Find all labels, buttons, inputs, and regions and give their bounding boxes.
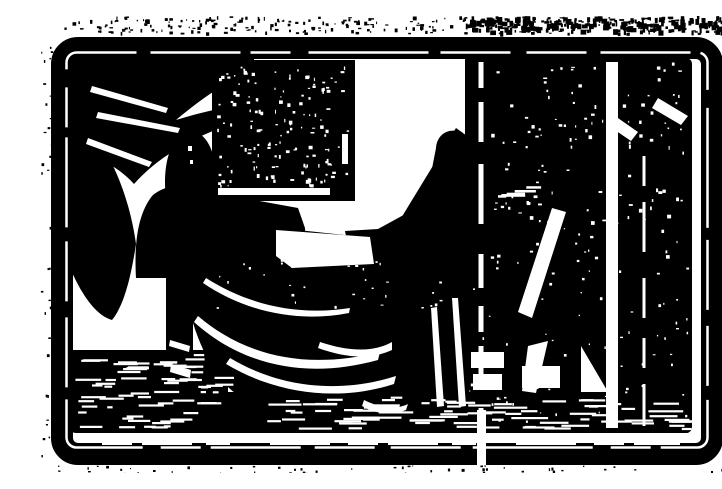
- speck: [498, 28, 500, 31]
- speck: [669, 21, 672, 23]
- speck: [376, 261, 378, 263]
- speck: [643, 219, 646, 220]
- speck: [78, 21, 80, 24]
- hatch-dash: [118, 371, 141, 373]
- speck: [223, 123, 225, 125]
- speck: [571, 146, 573, 149]
- hatch-dash: [349, 427, 362, 429]
- speck: [348, 266, 350, 267]
- speck: [719, 17, 721, 22]
- speck: [564, 24, 566, 27]
- hatch-dash: [607, 414, 615, 416]
- speck: [275, 144, 277, 145]
- speck: [497, 261, 499, 264]
- speck: [678, 70, 682, 71]
- speck: [469, 391, 470, 392]
- speck: [442, 29, 444, 31]
- speck: [344, 67, 345, 70]
- speck: [294, 469, 296, 471]
- speck: [247, 101, 251, 104]
- speck: [410, 21, 413, 22]
- speck: [682, 152, 684, 155]
- speck: [628, 95, 629, 97]
- speck: [485, 465, 486, 466]
- speck: [540, 135, 542, 136]
- speck: [628, 21, 630, 25]
- speck: [483, 337, 485, 340]
- speck: [49, 300, 51, 301]
- speck: [372, 25, 374, 28]
- speck: [245, 148, 247, 152]
- speck: [219, 276, 220, 278]
- hatch-dash: [267, 420, 281, 422]
- chair-rung-highlight: [473, 374, 502, 390]
- hatch-dash: [457, 426, 477, 428]
- speck: [315, 114, 317, 117]
- speck: [676, 328, 679, 329]
- speck: [318, 17, 321, 19]
- speck: [534, 195, 538, 198]
- window-shape: [212, 60, 355, 201]
- speck: [380, 263, 381, 265]
- speck: [585, 129, 587, 132]
- speck: [169, 21, 170, 23]
- speck: [266, 176, 268, 180]
- speck: [477, 378, 479, 380]
- speck: [634, 469, 636, 470]
- speck: [680, 129, 682, 131]
- speck: [547, 221, 550, 223]
- speck: [658, 304, 661, 307]
- speck: [506, 343, 508, 346]
- speck: [46, 395, 48, 398]
- speck: [605, 396, 606, 397]
- speck: [594, 67, 596, 70]
- speck: [648, 30, 654, 32]
- speck: [311, 27, 315, 30]
- hatch-dash: [580, 418, 589, 420]
- speck: [326, 259, 329, 262]
- speck: [628, 331, 629, 334]
- hatch-dash: [327, 399, 343, 401]
- speck: [304, 30, 306, 33]
- speck: [491, 256, 494, 258]
- speck: [370, 31, 371, 33]
- speck: [130, 468, 131, 469]
- hatch-dash: [119, 395, 134, 397]
- speck: [346, 24, 349, 26]
- hatch-dash: [625, 420, 654, 422]
- speck: [540, 412, 541, 413]
- speck: [41, 172, 43, 175]
- speck: [230, 28, 233, 31]
- hatch-dash: [501, 194, 519, 197]
- speck: [448, 469, 450, 472]
- speck: [355, 265, 358, 267]
- speck: [322, 82, 325, 84]
- speck: [189, 27, 190, 29]
- speck: [288, 24, 291, 27]
- hatch-dash: [206, 385, 223, 387]
- window-sill-highlight: [218, 188, 330, 195]
- speck: [120, 469, 122, 471]
- speck: [619, 19, 624, 21]
- speck: [685, 415, 687, 417]
- speck: [614, 20, 617, 22]
- hatch-dash: [167, 380, 187, 382]
- speck: [555, 21, 559, 24]
- speck: [384, 29, 386, 32]
- speck: [254, 167, 255, 171]
- speck: [109, 27, 113, 28]
- speck: [319, 30, 322, 31]
- speck: [675, 102, 677, 104]
- speck: [432, 26, 433, 28]
- hatch-dash: [78, 400, 94, 402]
- speck: [638, 26, 640, 29]
- speck: [90, 20, 92, 24]
- speck: [629, 145, 631, 149]
- speck: [278, 467, 281, 469]
- hatch-dash: [174, 370, 187, 372]
- speck: [625, 392, 627, 394]
- speck: [221, 180, 225, 183]
- speck: [289, 21, 292, 23]
- speck: [197, 31, 200, 33]
- speck: [327, 90, 331, 93]
- hatch-dash: [650, 415, 678, 417]
- hatch-dash: [201, 402, 216, 404]
- speck: [270, 24, 273, 27]
- speck: [358, 20, 360, 24]
- speck: [141, 29, 143, 33]
- speck: [51, 144, 53, 146]
- speck: [522, 471, 524, 473]
- speck: [334, 23, 335, 24]
- speck: [326, 108, 330, 110]
- speck: [430, 32, 433, 33]
- speck: [46, 420, 49, 421]
- speck: [294, 149, 297, 150]
- speck: [436, 20, 437, 23]
- speck: [541, 298, 543, 300]
- speck: [224, 32, 228, 34]
- speck: [306, 76, 310, 79]
- speck: [303, 22, 305, 25]
- speck: [657, 273, 660, 275]
- speck: [234, 75, 235, 77]
- speck: [346, 173, 349, 175]
- speck: [662, 112, 666, 114]
- speck: [253, 161, 256, 162]
- speck: [322, 22, 324, 26]
- speck: [536, 182, 539, 184]
- speck: [496, 267, 499, 269]
- speck: [312, 155, 315, 157]
- speck: [615, 166, 616, 169]
- hatch-dash: [160, 361, 177, 363]
- speck: [408, 466, 411, 468]
- engraving-canvas: [40, 16, 722, 473]
- speck: [279, 100, 283, 104]
- speck: [206, 19, 209, 22]
- speck: [274, 88, 275, 90]
- speck: [489, 20, 495, 25]
- hatch-dash: [119, 426, 135, 428]
- speck: [80, 28, 84, 30]
- speck: [550, 20, 552, 23]
- speck: [168, 25, 170, 28]
- hatch-dash: [379, 411, 413, 413]
- speck: [674, 24, 678, 29]
- speck: [192, 28, 195, 29]
- hatch-dash: [215, 377, 235, 379]
- speck: [231, 101, 234, 103]
- speck: [670, 354, 672, 355]
- hatch-dash: [213, 391, 219, 393]
- speck: [219, 156, 222, 159]
- speck: [552, 273, 555, 275]
- speck: [641, 23, 647, 29]
- hatch-dash: [447, 402, 475, 404]
- speck: [230, 180, 232, 183]
- speck: [546, 29, 549, 33]
- speck: [539, 220, 541, 222]
- hatch-dash: [391, 397, 403, 399]
- speck: [549, 283, 552, 286]
- speck: [624, 126, 625, 130]
- speck: [602, 19, 607, 21]
- speck: [482, 468, 484, 471]
- speck: [243, 263, 245, 265]
- speck: [648, 17, 652, 20]
- speck: [558, 227, 561, 229]
- speck: [587, 31, 589, 33]
- speck: [582, 25, 588, 29]
- speck: [548, 389, 550, 391]
- speck: [716, 16, 719, 21]
- hatch-dash: [122, 418, 133, 420]
- speck: [281, 259, 284, 262]
- speck: [219, 78, 222, 81]
- speck: [303, 114, 304, 116]
- speck: [326, 87, 329, 89]
- speck: [365, 279, 367, 281]
- speck: [553, 471, 555, 473]
- speck: [578, 20, 582, 22]
- speck: [623, 21, 629, 23]
- speck: [545, 334, 546, 335]
- hatch-dash: [622, 408, 636, 410]
- speck: [571, 69, 574, 71]
- speck: [629, 29, 631, 31]
- speck: [358, 28, 361, 29]
- speck: [479, 29, 481, 33]
- speck: [496, 384, 499, 385]
- speck: [715, 30, 720, 35]
- speck: [699, 25, 703, 28]
- speck: [356, 32, 360, 35]
- hatch-dash: [194, 354, 204, 356]
- speck: [335, 306, 337, 309]
- speck: [47, 170, 49, 171]
- speck: [320, 181, 322, 184]
- hatch-dash: [286, 400, 300, 402]
- speck: [97, 26, 100, 28]
- speck: [227, 77, 230, 79]
- speck: [248, 149, 251, 150]
- frame-crease: [477, 410, 486, 470]
- speck: [500, 31, 503, 37]
- speck: [583, 466, 584, 468]
- speck: [631, 20, 633, 24]
- speck: [320, 125, 324, 128]
- hatch-dash: [131, 392, 149, 394]
- hatch-dash: [375, 404, 400, 406]
- speck: [121, 32, 123, 36]
- speck: [501, 206, 504, 208]
- speck: [331, 164, 332, 166]
- hatch-dash: [139, 404, 164, 406]
- speck: [661, 134, 662, 136]
- speck: [250, 125, 252, 129]
- speck: [282, 20, 285, 21]
- speck: [307, 164, 309, 167]
- speck: [275, 110, 276, 114]
- speck: [308, 97, 310, 100]
- speck: [46, 424, 48, 426]
- speck: [505, 168, 508, 170]
- speck: [555, 119, 557, 120]
- speck: [394, 467, 397, 469]
- speck: [45, 312, 46, 315]
- speck: [429, 26, 431, 28]
- speck: [526, 21, 532, 25]
- speck: [536, 243, 539, 246]
- speck: [605, 346, 606, 349]
- speck: [165, 18, 168, 21]
- speck: [254, 147, 256, 150]
- speck: [88, 471, 91, 472]
- speck: [301, 95, 303, 97]
- hatch-dash: [494, 403, 512, 405]
- speck: [473, 288, 475, 290]
- speck: [170, 26, 172, 29]
- speck: [116, 17, 117, 21]
- head-glint: [188, 146, 192, 151]
- speck: [303, 164, 305, 168]
- speck: [192, 20, 194, 22]
- speck: [639, 24, 641, 27]
- speck: [497, 397, 500, 400]
- speck: [240, 145, 243, 147]
- speck: [515, 17, 521, 23]
- speck: [658, 30, 663, 35]
- hatch-dash: [126, 367, 149, 369]
- speck: [290, 128, 292, 131]
- speck: [676, 198, 679, 202]
- speck: [656, 188, 658, 192]
- speck: [371, 18, 374, 19]
- speck: [695, 31, 698, 33]
- speck: [217, 129, 219, 132]
- speck: [512, 403, 514, 406]
- speck: [497, 255, 500, 258]
- speck: [655, 18, 658, 23]
- speck: [420, 27, 424, 30]
- speck: [623, 104, 626, 107]
- speck: [291, 266, 292, 268]
- speck: [564, 228, 565, 229]
- speck: [271, 175, 275, 177]
- speck: [219, 174, 222, 176]
- speck: [47, 354, 50, 357]
- speck: [607, 263, 608, 265]
- speck: [483, 472, 485, 473]
- chair-rung-highlight: [471, 352, 504, 368]
- speck: [530, 251, 533, 253]
- hatch-dash: [154, 391, 179, 393]
- speck: [150, 25, 152, 28]
- speck: [137, 20, 138, 22]
- speck: [706, 31, 710, 34]
- speck: [676, 299, 678, 301]
- speck: [259, 110, 261, 114]
- speck: [316, 178, 317, 181]
- speck: [657, 335, 658, 337]
- speck: [50, 47, 52, 49]
- speck: [549, 33, 552, 34]
- speck: [669, 146, 670, 150]
- engraving-figure: Coarse black-and-white halftone reproduc…: [40, 16, 722, 473]
- speck: [343, 20, 347, 22]
- speck: [169, 18, 173, 21]
- speck: [589, 24, 594, 29]
- speck: [43, 438, 46, 440]
- hatch-dash: [410, 419, 445, 421]
- speck: [296, 32, 299, 34]
- speck: [550, 23, 554, 28]
- speck: [440, 300, 443, 302]
- speck: [311, 132, 315, 134]
- speck: [575, 125, 576, 127]
- hatch-dash: [152, 422, 171, 424]
- speck: [50, 118, 52, 119]
- speck: [289, 30, 291, 33]
- speck: [228, 185, 229, 186]
- speck: [237, 22, 241, 23]
- hatch-dash: [164, 365, 187, 367]
- speck: [573, 102, 575, 104]
- hatch-dash: [138, 396, 151, 398]
- speck: [289, 472, 292, 473]
- speck: [310, 184, 314, 187]
- speck: [677, 20, 680, 22]
- speck: [571, 24, 575, 30]
- speck: [335, 82, 337, 83]
- hatch-dash: [173, 400, 195, 402]
- speck: [45, 103, 47, 106]
- speck: [669, 29, 672, 33]
- speck: [290, 124, 291, 126]
- speck: [599, 412, 600, 414]
- speck: [600, 297, 603, 300]
- speck: [471, 384, 474, 387]
- speck: [354, 21, 358, 23]
- speck: [370, 24, 374, 25]
- speck: [671, 29, 674, 32]
- speck: [702, 18, 706, 23]
